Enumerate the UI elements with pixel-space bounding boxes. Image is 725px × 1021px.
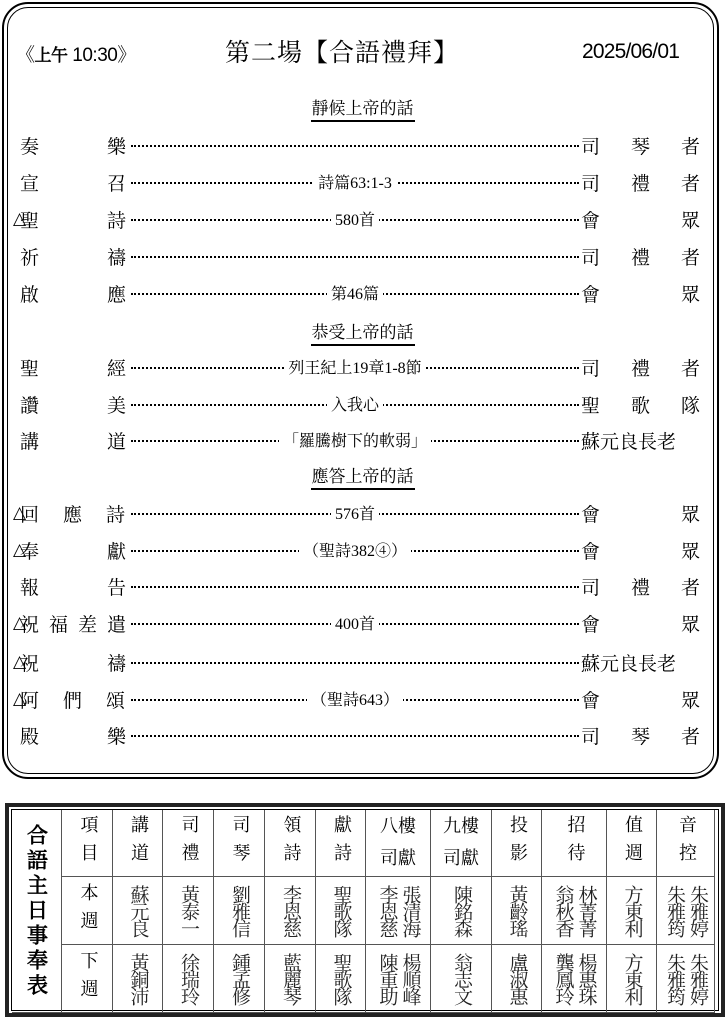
roster-cell: 朱雅婷朱雅筠 xyxy=(657,945,715,1013)
order-item-leader: 司禮者 xyxy=(581,573,702,597)
order-item-label: 回應詩 xyxy=(20,500,127,524)
dot-leader xyxy=(131,735,579,737)
order-item: △奉獻（聖詩382④）會眾 xyxy=(0,535,725,563)
order-item-label: 講道 xyxy=(20,427,127,451)
order-item-leader: 司琴者 xyxy=(581,722,702,746)
order-item: 奏樂司琴者 xyxy=(0,130,725,158)
roster-cell: 張清海李恩慈 xyxy=(366,877,431,945)
section-title-responding: 應答上帝的話 xyxy=(0,462,725,490)
roster-column-header: 招待 xyxy=(542,810,607,877)
order-item-detail: 「羅騰樹下的軟弱」 xyxy=(131,428,579,451)
order-item: 祈禱司禮者 xyxy=(0,241,725,269)
order-item: 宣召詩篇63:1-3司禮者 xyxy=(0,167,725,195)
roster-cell: 林菁菁翁秋香 xyxy=(542,877,607,945)
order-item-leader: 會眾 xyxy=(581,610,702,634)
order-item-label: 啟應 xyxy=(20,280,127,304)
roster-cell: 聖歌隊 xyxy=(316,877,366,945)
roster-column-header: 投影 xyxy=(492,810,542,877)
order-item-leader: 會眾 xyxy=(581,206,702,230)
order-item-label: 讚美 xyxy=(20,391,127,415)
roster-cell: 楊惠珠龔鳳玲 xyxy=(542,945,607,1013)
order-item-label: 報告 xyxy=(20,573,127,597)
roster-row-label: 下週 xyxy=(62,945,113,1013)
order-item: △回應詩576首會眾 xyxy=(0,498,725,526)
roster-cell: 朱雅婷朱雅筠 xyxy=(657,877,715,945)
roster-column-header: 值週 xyxy=(607,810,657,877)
order-item-leader: 司琴者 xyxy=(581,132,702,156)
roster-column-header: 項目 xyxy=(62,810,113,877)
order-item: 講道「羅騰樹下的軟弱」蘇元良長老 xyxy=(0,425,725,453)
order-item: 啟應第46篇會眾 xyxy=(0,278,725,306)
roster-cell: 蘇元良 xyxy=(113,877,163,945)
roster-cell: 藍麗琴 xyxy=(265,945,316,1013)
order-item: 報告司禮者 xyxy=(0,571,725,599)
roster-column-header: 獻詩 xyxy=(316,810,366,877)
roster-cell: 李恩慈 xyxy=(265,877,316,945)
dot-leader xyxy=(131,586,579,588)
roster-cell: 方東利 xyxy=(607,877,657,945)
roster-column-header: 音控 xyxy=(657,810,715,877)
order-item-detail: 580首 xyxy=(131,207,579,230)
order-item-leader: 蘇元良長老 xyxy=(581,649,702,673)
order-item-leader: 司禮者 xyxy=(581,354,702,378)
order-item: 讚美入我心聖歌隊 xyxy=(0,389,725,417)
order-item-label: 奏樂 xyxy=(20,132,127,156)
roster-cell: 翁志文 xyxy=(431,945,492,1013)
roster-cell: 楊順峰陳重助 xyxy=(366,945,431,1013)
roster-column-header: 講道 xyxy=(113,810,163,877)
order-item-leader: 司禮者 xyxy=(581,169,702,193)
dot-leader xyxy=(131,256,579,258)
roster-cell: 黃銅沛 xyxy=(113,945,163,1013)
roster-cell: 聖歌隊 xyxy=(316,945,366,1013)
order-item-detail: 列王紀上19章1-8節 xyxy=(131,355,579,378)
order-item-label: 祈禱 xyxy=(20,243,127,267)
roster-column-header: 八樓司獻 xyxy=(366,810,431,877)
service-title: 第二場【合語禮拜】 xyxy=(225,33,459,69)
order-item-detail: （聖詩643） xyxy=(131,687,579,710)
order-item-label: 殿樂 xyxy=(20,722,127,746)
order-item-detail: 入我心 xyxy=(131,392,579,415)
service-time: 《上午 10:30》 xyxy=(16,40,136,67)
roster-column-header: 九樓司獻 xyxy=(431,810,492,877)
section-title-waiting: 靜候上帝的話 xyxy=(0,94,725,122)
order-item-leader: 司禮者 xyxy=(581,243,702,267)
order-item-detail: 第46篇 xyxy=(131,281,579,304)
roster-column-header: 司琴 xyxy=(214,810,265,877)
order-item: 殿樂司琴者 xyxy=(0,720,725,748)
dot-leader xyxy=(131,145,579,147)
order-item-detail: 400首 xyxy=(131,611,579,634)
order-item: △祝福差遣400首會眾 xyxy=(0,608,725,636)
roster-cell: 陳銘森 xyxy=(431,877,492,945)
order-item-leader: 聖歌隊 xyxy=(581,391,702,415)
order-item-leader: 蘇元良長老 xyxy=(581,427,702,451)
order-item-leader: 會眾 xyxy=(581,537,702,561)
section-title-receiving: 恭受上帝的話 xyxy=(0,318,725,346)
order-item-label: 宣召 xyxy=(20,169,127,193)
roster-cell: 黃泰一 xyxy=(163,877,214,945)
order-item: 聖經列王紀上19章1-8節司禮者 xyxy=(0,352,725,380)
roster-title: 合語主日事奉表 xyxy=(12,810,62,1013)
order-item-detail: 詩篇63:1-3 xyxy=(131,170,579,193)
roster-cell: 徐瑞玲 xyxy=(163,945,214,1013)
order-item-label: 聖詩 xyxy=(20,206,127,230)
order-item-detail: 576首 xyxy=(131,501,579,524)
service-date: 2025/06/01 xyxy=(582,40,679,64)
order-item-leader: 會眾 xyxy=(581,280,702,304)
dot-leader xyxy=(131,662,579,664)
order-item-leader: 會眾 xyxy=(581,686,702,710)
order-item: △阿們頌（聖詩643）會眾 xyxy=(0,684,725,712)
order-item-label: 奉獻 xyxy=(20,537,127,561)
order-item-label: 祝福差遣 xyxy=(20,610,127,634)
roster-cell: 鍾孟修 xyxy=(214,945,265,1013)
duty-roster-table: 合語主日事奉表項目講道司禮司琴領詩獻詩八樓司獻九樓司獻投影招待值週音控本週蘇元良… xyxy=(5,803,725,1017)
order-item-detail: （聖詩382④） xyxy=(131,538,579,561)
roster-row-label: 本週 xyxy=(62,877,113,945)
order-item-label: 祝禱 xyxy=(20,649,127,673)
roster-cell: 黃齡瑤 xyxy=(492,877,542,945)
order-item: △聖詩580首會眾 xyxy=(0,204,725,232)
roster-cell: 盧淑惠 xyxy=(492,945,542,1013)
order-item-leader: 會眾 xyxy=(581,500,702,524)
duty-roster-grid: 合語主日事奉表項目講道司禮司琴領詩獻詩八樓司獻九樓司獻投影招待值週音控本週蘇元良… xyxy=(11,809,719,1011)
order-item-label: 阿們頌 xyxy=(20,686,127,710)
order-item: △祝禱蘇元良長老 xyxy=(0,647,725,675)
roster-column-header: 領詩 xyxy=(265,810,316,877)
roster-column-header: 司禮 xyxy=(163,810,214,877)
roster-cell: 方東利 xyxy=(607,945,657,1013)
roster-cell: 劉雅信 xyxy=(214,877,265,945)
order-item-label: 聖經 xyxy=(20,354,127,378)
